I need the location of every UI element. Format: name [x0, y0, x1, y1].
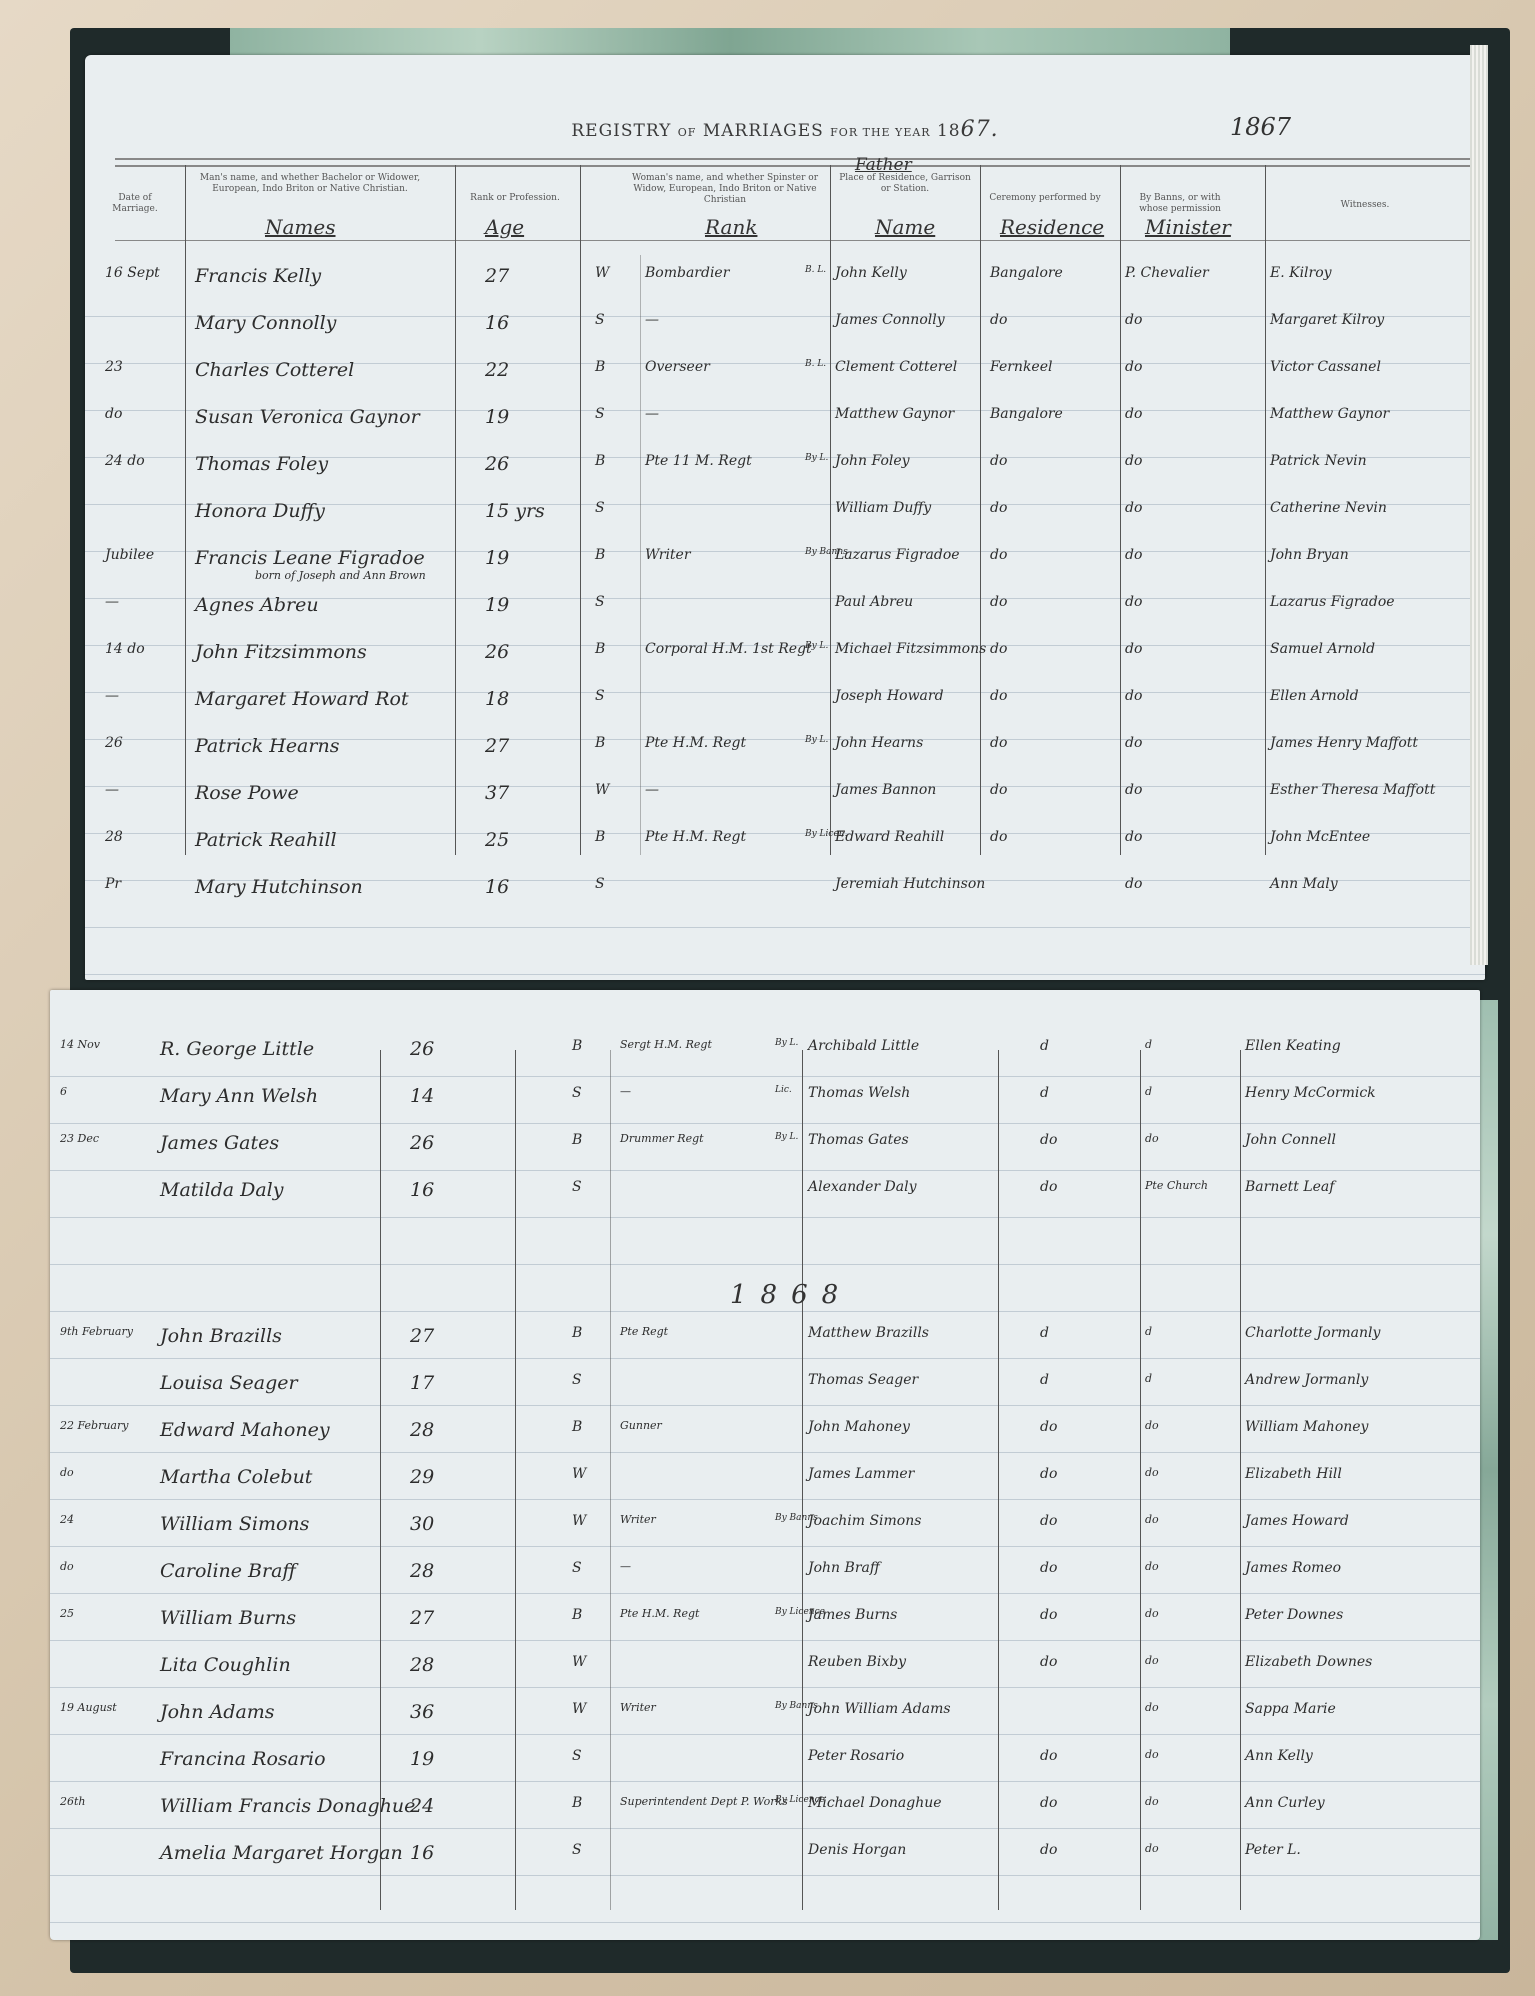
cell-name: Charles Cotterel	[195, 359, 354, 381]
cell-age: 26	[410, 1038, 434, 1060]
cell-name: Amelia Margaret Horgan	[160, 1842, 403, 1864]
cell-residence: do	[1040, 1842, 1057, 1858]
cell-father: John Mahoney	[808, 1419, 910, 1435]
cell-minister: P. Chevalier	[1125, 265, 1209, 281]
cell-date: —	[105, 594, 119, 610]
cell-subnote: born of Joseph and Ann Brown	[255, 569, 426, 582]
cell-residence: do	[990, 500, 1007, 516]
cell-residence: do	[990, 782, 1007, 798]
cell-by: By L.	[805, 735, 828, 745]
cell-father: Lazarus Figradoe	[835, 547, 960, 563]
cell-age: 19	[485, 594, 509, 616]
cell-name: William Francis Donaghue	[160, 1795, 415, 1817]
cell-residence: do	[1040, 1607, 1057, 1623]
cell-father: Matthew Gaynor	[835, 406, 954, 422]
cell-witness: Ellen Keating	[1245, 1038, 1341, 1054]
title-year-printed: 18	[937, 121, 961, 141]
cell-status: B	[572, 1132, 582, 1148]
cell-minister: do	[1125, 641, 1142, 657]
cell-age: 22	[485, 359, 509, 381]
cell-name: Margaret Howard Rot	[195, 688, 409, 710]
cell-father: Peter Rosario	[808, 1748, 904, 1764]
cell-date: 23	[105, 359, 123, 375]
column-divider	[998, 1050, 999, 1910]
cell-name: Rose Powe	[195, 782, 299, 804]
cell-minister: do	[1125, 453, 1142, 469]
cell-rank: —	[620, 1560, 631, 1573]
cell-minister: do	[1145, 1607, 1159, 1620]
cell-age: 28	[410, 1654, 434, 1676]
cell-witness: Victor Cassanel	[1270, 359, 1381, 375]
cell-age: 27	[485, 735, 509, 757]
cell-name: Honora Duffy	[195, 500, 325, 522]
header-hand-rank: Rank	[705, 215, 757, 239]
cell-minister: do	[1125, 782, 1142, 798]
cell-residence: do	[990, 453, 1007, 469]
cell-status: W	[572, 1701, 586, 1717]
cell-residence: d	[1040, 1372, 1049, 1388]
cell-residence: do	[990, 641, 1007, 657]
cell-status: S	[572, 1085, 582, 1101]
cell-rank: Pte H.M. Regt	[645, 829, 746, 845]
cell-age: 16	[485, 876, 509, 898]
cell-name: John Adams	[160, 1701, 275, 1723]
cell-witness: John McEntee	[1270, 829, 1370, 845]
cell-name: Francis Leane Figradoe	[195, 547, 425, 569]
cell-by: Lic.	[775, 1085, 792, 1095]
column-divider	[640, 255, 641, 855]
cell-residence: do	[1040, 1419, 1057, 1435]
cell-father: Matthew Brazills	[808, 1325, 929, 1341]
cell-father: Denis Horgan	[808, 1842, 906, 1858]
cell-status: S	[572, 1560, 582, 1576]
column-divider	[515, 1050, 516, 1910]
cell-father: John Braff	[808, 1560, 880, 1576]
cell-date: 26th	[60, 1795, 86, 1808]
cell-name: John Fitzsimmons	[195, 641, 367, 663]
cell-status: W	[572, 1513, 586, 1529]
cell-name: Caroline Braff	[160, 1560, 296, 1582]
cell-rank: Writer	[620, 1513, 656, 1526]
cell-father: Paul Abreu	[835, 594, 913, 610]
header-residence: Place of Residence, Garrison or Station.	[835, 173, 975, 195]
cell-name: Mary Connolly	[195, 312, 336, 334]
cell-status: S	[595, 688, 605, 704]
cell-status: B	[595, 829, 605, 845]
header-ceremony: Ceremony performed by	[985, 193, 1105, 204]
cell-status: B	[572, 1607, 582, 1623]
cell-father: John Hearns	[835, 735, 923, 751]
cell-residence: do	[990, 735, 1007, 751]
cell-rank: —	[645, 406, 659, 422]
cell-age: 28	[410, 1419, 434, 1441]
cell-age: 18	[485, 688, 509, 710]
cell-father: Joseph Howard	[835, 688, 944, 704]
header-hand-minister: Minister	[1145, 215, 1231, 239]
cell-witness: Sappa Marie	[1245, 1701, 1336, 1717]
header-witnesses: Witnesses.	[1265, 200, 1465, 211]
cell-minister: do	[1125, 359, 1142, 375]
cell-father: James Connolly	[835, 312, 945, 328]
cell-minister: d	[1145, 1325, 1152, 1338]
cell-residence: do	[1040, 1560, 1057, 1576]
cell-age: 17	[410, 1372, 434, 1394]
column-divider	[802, 1050, 803, 1910]
cell-rank: Overseer	[645, 359, 710, 375]
cell-witness: William Mahoney	[1245, 1419, 1368, 1435]
cell-status: B	[595, 547, 605, 563]
cell-date: 24 do	[105, 453, 145, 469]
cell-name: Mary Ann Welsh	[160, 1085, 318, 1107]
cell-father: Clement Cotterel	[835, 359, 957, 375]
cell-witness: James Howard	[1245, 1513, 1349, 1529]
cell-status: S	[595, 500, 605, 516]
cell-age: 36	[410, 1701, 434, 1723]
cell-minister: do	[1145, 1132, 1159, 1145]
cell-date: —	[105, 782, 119, 798]
cell-age: 16	[410, 1179, 434, 1201]
cell-witness: E. Kilroy	[1270, 265, 1332, 281]
cell-father: James Burns	[808, 1607, 897, 1623]
cell-name: James Gates	[160, 1132, 279, 1154]
cell-father: James Bannon	[835, 782, 936, 798]
cell-status: B	[572, 1325, 582, 1341]
cell-by: B. L.	[805, 359, 826, 369]
cell-by: By L.	[775, 1132, 798, 1142]
cell-date: 28	[105, 829, 123, 845]
cell-by: B. L.	[805, 265, 826, 275]
cell-minister: d	[1145, 1085, 1152, 1098]
cell-date: 25	[60, 1607, 74, 1620]
cell-name: Francina Rosario	[160, 1748, 326, 1770]
title-year-handwritten: 67.	[961, 117, 999, 142]
cell-rank: Writer	[645, 547, 691, 563]
cell-date: 24	[60, 1513, 74, 1526]
title-word: FOR THE YEAR	[830, 126, 930, 139]
cell-by: By L.	[775, 1038, 798, 1048]
cell-residence: d	[1040, 1085, 1049, 1101]
cell-date: 14 do	[105, 641, 145, 657]
cell-minister: do	[1125, 406, 1142, 422]
cell-date: 16 Sept	[105, 265, 160, 281]
cell-father: John William Adams	[808, 1701, 951, 1717]
cell-rank: Pte H.M. Regt	[645, 735, 746, 751]
cell-residence: do	[1040, 1748, 1057, 1764]
cell-residence: do	[1040, 1466, 1057, 1482]
cell-witness: Charlotte Jormanly	[1245, 1325, 1380, 1341]
cell-date: —	[105, 688, 119, 704]
cell-by: By L.	[805, 641, 828, 651]
cell-rank: Writer	[620, 1701, 656, 1714]
cell-residence: do	[1040, 1132, 1057, 1148]
cell-status: S	[572, 1748, 582, 1764]
cell-minister: d	[1145, 1372, 1152, 1385]
marbled-endpaper	[230, 28, 1230, 58]
cell-name: William Simons	[160, 1513, 309, 1535]
cell-witness: Matthew Gaynor	[1270, 406, 1389, 422]
cell-residence: do	[990, 688, 1007, 704]
cell-father: Thomas Welsh	[808, 1085, 910, 1101]
page-edges	[1470, 45, 1488, 965]
column-divider	[1120, 165, 1121, 855]
cell-rank: Bombardier	[645, 265, 729, 281]
cell-age: 25	[485, 829, 509, 851]
cell-witness: Elizabeth Downes	[1245, 1654, 1372, 1670]
cell-age: 16	[410, 1842, 434, 1864]
header-banns: By Banns, or with whose permission	[1125, 193, 1235, 215]
column-divider	[980, 165, 981, 855]
cell-witness: Barnett Leaf	[1245, 1179, 1334, 1195]
cell-date: Jubilee	[105, 547, 154, 563]
cell-witness: Samuel Arnold	[1270, 641, 1375, 657]
header-hand-names: Names	[265, 215, 336, 239]
cell-rank: Gunner	[620, 1419, 662, 1432]
cell-name: Thomas Foley	[195, 453, 328, 475]
cell-residence: Bangalore	[990, 265, 1063, 281]
cell-name: Martha Colebut	[160, 1466, 312, 1488]
cell-status: S	[572, 1842, 582, 1858]
header-hand-age: Age	[485, 215, 524, 239]
cell-date: 22 February	[60, 1419, 128, 1432]
cell-minister: d	[1145, 1038, 1152, 1051]
cell-father: James Lammer	[808, 1466, 914, 1482]
cell-minister: do	[1125, 829, 1142, 845]
cell-date: 26	[105, 735, 123, 751]
cell-status: W	[572, 1466, 586, 1482]
cell-witness: Peter Downes	[1245, 1607, 1343, 1623]
cell-name: Patrick Hearns	[195, 735, 339, 757]
cell-status: B	[595, 735, 605, 751]
cell-status: S	[572, 1179, 582, 1195]
header-hand-residence: Residence	[1000, 215, 1104, 239]
cell-status: W	[572, 1654, 586, 1670]
column-divider	[380, 1050, 381, 1910]
column-divider	[830, 165, 831, 855]
cell-minister: do	[1145, 1701, 1159, 1714]
cell-date: 14 Nov	[60, 1038, 100, 1051]
cell-age: 19	[410, 1748, 434, 1770]
column-divider	[185, 165, 186, 855]
cell-rank: —	[645, 312, 659, 328]
column-divider	[1240, 1050, 1241, 1910]
cell-status: S	[572, 1372, 582, 1388]
cell-date: 9th February	[60, 1325, 133, 1338]
cell-witness: Andrew Jormanly	[1245, 1372, 1368, 1388]
cell-witness: James Romeo	[1245, 1560, 1341, 1576]
cell-father: William Duffy	[835, 500, 931, 516]
cell-father: Jeremiah Hutchinson	[835, 876, 985, 892]
column-divider	[455, 165, 456, 855]
cell-age: 26	[410, 1132, 434, 1154]
cell-witness: John Connell	[1245, 1132, 1336, 1148]
cell-minister: do	[1125, 876, 1142, 892]
cell-name: Matilda Daly	[160, 1179, 283, 1201]
cell-date: 6	[60, 1085, 67, 1098]
cell-minister: do	[1145, 1560, 1159, 1573]
header-rank: Rank or Profession.	[455, 193, 575, 204]
cell-age: 37	[485, 782, 509, 804]
cell-age: 19	[485, 547, 509, 569]
cell-name: Louisa Seager	[160, 1372, 298, 1394]
cell-age: 30	[410, 1513, 434, 1535]
cell-minister: do	[1125, 735, 1142, 751]
cell-status: B	[595, 359, 605, 375]
cell-name: John Brazills	[160, 1325, 282, 1347]
cell-minister: do	[1145, 1795, 1159, 1808]
header-hand-name: Name	[875, 215, 935, 239]
cell-age: 16	[485, 312, 509, 334]
cell-witness: Catherine Nevin	[1270, 500, 1387, 516]
cell-rank: Pte 11 M. Regt	[645, 453, 752, 469]
cell-residence: do	[1040, 1654, 1057, 1670]
cell-father: Michael Fitzsimmons	[835, 641, 986, 657]
cell-age: 27	[485, 265, 509, 287]
cell-name: Patrick Reahill	[195, 829, 337, 851]
cell-age: 28	[410, 1560, 434, 1582]
cell-rank: Pte Regt	[620, 1325, 668, 1338]
cell-minister: Pte Church	[1145, 1179, 1208, 1192]
cell-status: B	[572, 1038, 582, 1054]
cell-minister: do	[1125, 594, 1142, 610]
cell-date: do	[60, 1466, 74, 1479]
cell-name: Edward Mahoney	[160, 1419, 330, 1441]
cell-rank: —	[620, 1085, 631, 1098]
cell-residence: do	[1040, 1513, 1057, 1529]
column-divider	[610, 1050, 611, 1910]
cell-father: Archibald Little	[808, 1038, 919, 1054]
cell-name: Lita Coughlin	[160, 1654, 291, 1676]
column-divider	[1140, 1050, 1141, 1910]
cell-father: Edward Reahill	[835, 829, 944, 845]
cell-status: S	[595, 876, 605, 892]
cell-status: B	[595, 453, 605, 469]
register-page-bottom: 1868 14 NovR. George Little26BSergt H.M.…	[50, 990, 1480, 1940]
cell-age: 29	[410, 1466, 434, 1488]
header-woman: Woman's name, and whether Spinster or Wi…	[625, 173, 825, 206]
cell-name: Agnes Abreu	[195, 594, 319, 616]
cell-minister: do	[1145, 1748, 1159, 1761]
title-word: REGISTRY	[571, 121, 671, 141]
cell-date: Pr	[105, 876, 121, 892]
header-man: Man's name, and whether Bachelor or Wido…	[190, 173, 430, 195]
cell-minister: do	[1145, 1513, 1159, 1526]
cell-name: Mary Hutchinson	[195, 876, 363, 898]
cell-rank: Pte H.M. Regt	[620, 1607, 699, 1620]
cell-age: 27	[410, 1607, 434, 1629]
cell-date: 19 August	[60, 1701, 117, 1714]
cell-age: 26	[485, 641, 509, 663]
cell-age: 24	[410, 1795, 434, 1817]
title-word: MARRIAGES	[703, 121, 824, 141]
cell-status: B	[595, 641, 605, 657]
cell-status: S	[595, 594, 605, 610]
title-word: OF	[678, 126, 697, 139]
cell-residence: Bangalore	[990, 406, 1063, 422]
cell-witness: Henry McCormick	[1245, 1085, 1376, 1101]
cell-residence: d	[1040, 1325, 1049, 1341]
cell-residence: Fernkeel	[990, 359, 1052, 375]
cell-date: 23 Dec	[60, 1132, 99, 1145]
cell-minister: do	[1145, 1419, 1159, 1432]
cell-age: 14	[410, 1085, 434, 1107]
cell-minister: do	[1125, 547, 1142, 563]
cell-father: Thomas Gates	[808, 1132, 909, 1148]
cell-residence: do	[1040, 1795, 1057, 1811]
cell-witness: James Henry Maffott	[1270, 735, 1418, 751]
cell-age: 19	[485, 406, 509, 428]
cell-residence: do	[990, 829, 1007, 845]
cell-status: B	[572, 1419, 582, 1435]
cell-rank: Sergt H.M. Regt	[620, 1038, 712, 1051]
cell-residence: d	[1040, 1038, 1049, 1054]
cell-witness: Elizabeth Hill	[1245, 1466, 1342, 1482]
cell-rank: Drummer Regt	[620, 1132, 704, 1145]
cell-name: William Burns	[160, 1607, 296, 1629]
cell-rank: Superintendent Dept P. Works	[620, 1795, 788, 1808]
cell-name: Francis Kelly	[195, 265, 321, 287]
register-page-top: REGISTRY OF MARRIAGES FOR THE YEAR 1867.…	[85, 55, 1485, 980]
cell-witness: Lazarus Figradoe	[1270, 594, 1395, 610]
cell-date: do	[60, 1560, 74, 1573]
cell-age: 26	[485, 453, 509, 475]
cell-residence: do	[990, 547, 1007, 563]
cell-father: Michael Donaghue	[808, 1795, 942, 1811]
header-bottom-rule	[115, 240, 1475, 241]
column-divider	[1265, 165, 1266, 855]
cell-witness: Esther Theresa Maffott	[1270, 782, 1435, 798]
corner-year-note: 1867	[1230, 113, 1291, 141]
cell-age: 27	[410, 1325, 434, 1347]
cell-minister: do	[1125, 312, 1142, 328]
cell-name: Susan Veronica Gaynor	[195, 406, 420, 428]
cell-minister: do	[1145, 1654, 1159, 1667]
cell-witness: Patrick Nevin	[1270, 453, 1367, 469]
header-date: Date of Marriage.	[105, 193, 165, 215]
cell-witness: Margaret Kilroy	[1270, 312, 1384, 328]
cell-status: B	[572, 1795, 582, 1811]
header-double-rule	[115, 158, 1475, 167]
cell-witness: John Bryan	[1270, 547, 1349, 563]
cell-date: do	[105, 406, 122, 422]
cell-rank: Corporal H.M. 1st Regt	[645, 641, 812, 657]
cell-minister: do	[1125, 688, 1142, 704]
cell-witness: Ellen Arnold	[1270, 688, 1359, 704]
cell-age: 15 yrs	[485, 500, 545, 522]
cell-father: Joachim Simons	[808, 1513, 921, 1529]
cell-witness: Ann Curley	[1245, 1795, 1325, 1811]
cell-residence: do	[990, 594, 1007, 610]
cell-rank: —	[645, 782, 659, 798]
cell-minister: do	[1145, 1466, 1159, 1479]
cell-father: Thomas Seager	[808, 1372, 918, 1388]
cell-status: S	[595, 406, 605, 422]
year-1868-heading: 1868	[730, 1280, 852, 1310]
cell-residence: do	[1040, 1179, 1057, 1195]
cell-father: Reuben Bixby	[808, 1654, 906, 1670]
cell-name: R. George Little	[160, 1038, 314, 1060]
cell-father: John Kelly	[835, 265, 907, 281]
column-divider	[580, 165, 581, 855]
cell-father: John Foley	[835, 453, 910, 469]
cell-father: Alexander Daly	[808, 1179, 916, 1195]
cell-status: W	[595, 265, 609, 281]
header-hand-father: Father	[855, 155, 912, 175]
cell-residence: do	[990, 312, 1007, 328]
cell-minister: do	[1125, 500, 1142, 516]
cell-status: W	[595, 782, 609, 798]
cell-witness: Ann Kelly	[1245, 1748, 1313, 1764]
cell-status: S	[595, 312, 605, 328]
